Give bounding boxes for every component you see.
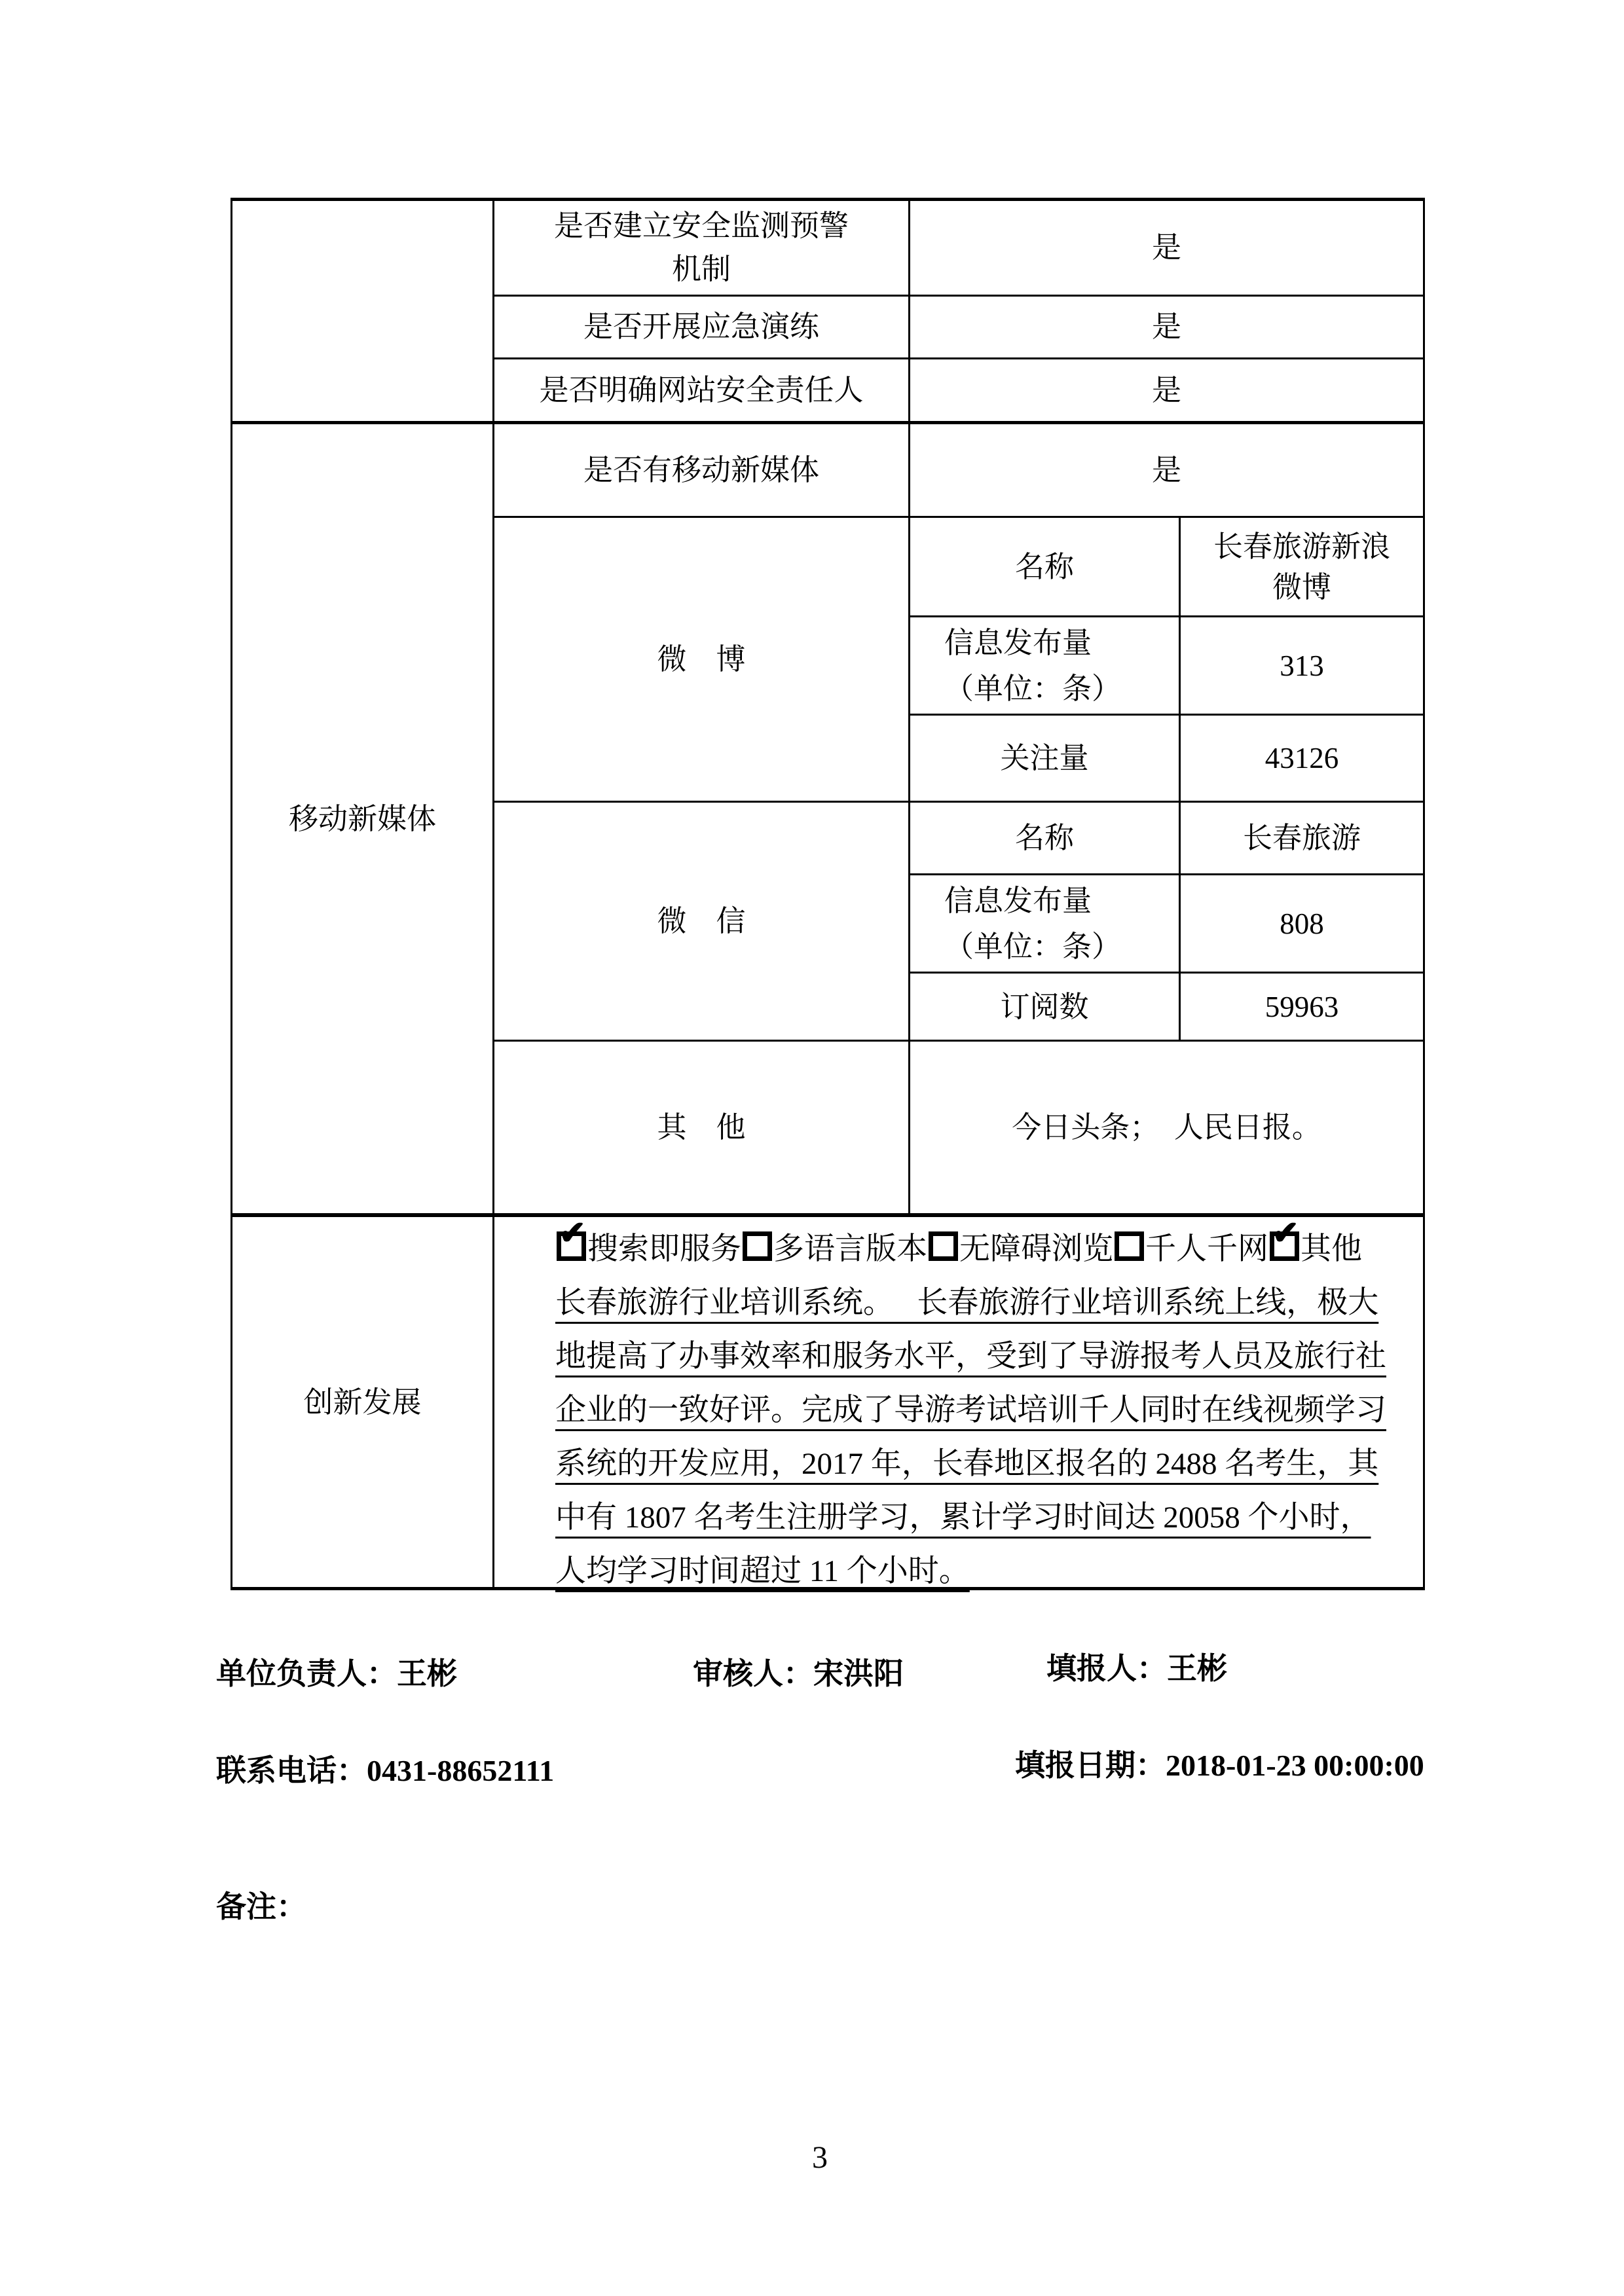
report-date-field: 填报日期：2018-01-23 00:00:00	[1015, 1741, 1424, 1785]
reviewer-label: 审核人：	[693, 1657, 813, 1690]
weibo-followers-value: 43126	[1181, 716, 1423, 801]
innovation-content: 搜索即服务多语言版本无障碍浏览千人千网其他 长春旅游行业培训系统。 长春旅游行业…	[494, 1217, 1424, 1587]
mobile-media-section-label: 移动新媒体	[232, 424, 492, 1213]
checkbox-other-label: 其他	[1301, 1232, 1362, 1266]
checkbox-multilingual-icon	[743, 1231, 772, 1261]
report-date-value: 2018-01-23 00:00:00	[1166, 1749, 1424, 1782]
security-q1-value: 是	[910, 200, 1423, 295]
weibo-posts-value: 313	[1181, 617, 1423, 714]
wechat-posts-label: 信息发布量（单位：条）	[910, 875, 1179, 972]
checkbox-multilingual-label: 多语言版本	[773, 1232, 927, 1266]
innovation-checkbox-line: 搜索即服务多语言版本无障碍浏览千人千网其他	[555, 1222, 1385, 1276]
weibo-label: 微 博	[494, 518, 908, 801]
has-mobile-media-value: 是	[910, 424, 1423, 516]
checkbox-accessibility-icon	[929, 1231, 958, 1261]
wechat-subscribers-value: 59963	[1181, 974, 1423, 1040]
security-q1-label: 是否建立安全监测预警机制	[494, 200, 908, 295]
report-date-label: 填报日期：	[1015, 1749, 1166, 1782]
has-mobile-media-label: 是否有移动新媒体	[494, 424, 908, 516]
weibo-posts-label: 信息发布量（单位：条）	[910, 617, 1179, 714]
checkbox-personalized-label: 千人千网	[1145, 1232, 1268, 1266]
checkbox-other-icon	[1270, 1231, 1299, 1261]
phone-value: 0431-88652111	[367, 1754, 554, 1787]
unit-head-label: 单位负责人：	[216, 1657, 397, 1690]
weibo-followers-label: 关注量	[910, 716, 1179, 801]
wechat-label: 微 信	[494, 803, 908, 1040]
security-q3-label: 是否明确网站安全责任人	[494, 359, 908, 421]
phone-field: 联系电话：0431-88652111	[216, 1747, 554, 1790]
unit-head-field: 单位负责人：王彬	[216, 1650, 457, 1693]
innovation-description: 长春旅游行业培训系统。 长春旅游行业培训系统上线，极大地提高了办事效率和服务水平…	[555, 1276, 1388, 1598]
security-q2-label: 是否开展应急演练	[494, 296, 908, 357]
checkbox-search-service-icon	[557, 1231, 586, 1261]
wechat-posts-value: 808	[1181, 875, 1423, 972]
reviewer-value: 宋洪阳	[813, 1657, 904, 1690]
wechat-subscribers-label: 订阅数	[910, 974, 1179, 1040]
checkbox-personalized-icon	[1115, 1231, 1144, 1261]
security-q3-value: 是	[910, 359, 1423, 421]
page-number: 3	[812, 2140, 828, 2176]
innovation-section-label: 创新发展	[232, 1217, 492, 1587]
filler-value: 王彬	[1167, 1652, 1227, 1685]
reviewer-field: 审核人：宋洪阳	[693, 1650, 904, 1693]
wechat-name-label: 名称	[910, 803, 1179, 873]
weibo-name-value: 长春旅游新浪微博	[1181, 518, 1423, 615]
other-media-value: 今日头条； 人民日报。	[910, 1042, 1423, 1213]
other-media-label: 其 他	[494, 1042, 908, 1213]
document-page: 是否建立安全监测预警机制 是 是否开展应急演练 是 是否明确网站安全责任人 是 …	[0, 0, 1624, 2296]
filler-label: 填报人：	[1046, 1652, 1167, 1685]
unit-head-value: 王彬	[397, 1657, 457, 1690]
wechat-name-value: 长春旅游	[1181, 803, 1423, 873]
phone-label: 联系电话：	[216, 1754, 367, 1787]
remark-field: 备注：	[216, 1883, 306, 1926]
filler-field: 填报人：王彬	[1046, 1645, 1227, 1688]
security-q2-value: 是	[910, 296, 1423, 357]
checkbox-search-service-label: 搜索即服务	[587, 1232, 741, 1266]
weibo-name-label: 名称	[910, 518, 1179, 615]
checkbox-accessibility-label: 无障碍浏览	[959, 1232, 1113, 1266]
